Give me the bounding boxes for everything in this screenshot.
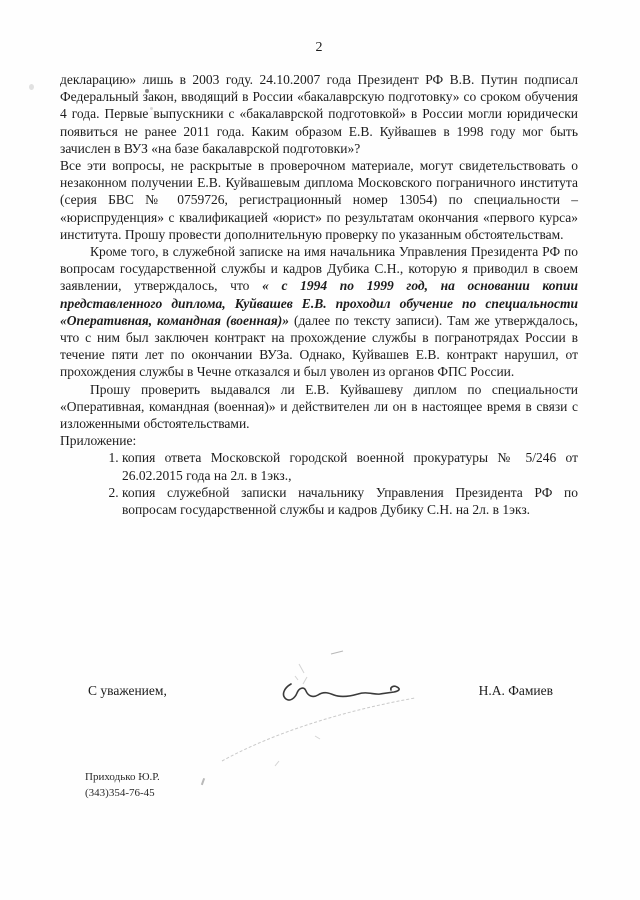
questions-paragraph: Все эти вопросы, не раскрытые в провероч… [60, 157, 578, 243]
scanned-letter-page: 2 декларацию» лишь в 2003 году. 24.10.20… [0, 0, 640, 900]
scan-artifact [201, 778, 205, 785]
page-number: 2 [60, 40, 578, 56]
attachment-item: копия служебной записки начальнику Управ… [122, 484, 578, 518]
request-paragraph: Прошу проверить выдавался ли Е.В. Куйваш… [60, 381, 578, 433]
handwritten-signature [215, 646, 425, 771]
executor-name: Приходько Ю.Р. [85, 770, 160, 786]
signatory-name: Н.А. Фамиев [479, 683, 553, 699]
attachment-item: копия ответа Московской городской военно… [122, 449, 578, 483]
letter-body: декларацию» лишь в 2003 году. 24.10.2007… [60, 71, 578, 518]
attachments-label: Приложение: [60, 432, 578, 449]
memo-paragraph: Кроме того, в служебной записке на имя н… [60, 243, 578, 381]
executor-phone: (343)354-76-45 [85, 786, 160, 802]
scan-artifact [29, 84, 34, 90]
executor-block: Приходько Ю.Р. (343)354-76-45 [85, 770, 160, 801]
closing-salutation: С уважением, [88, 683, 167, 699]
attachments-list: копия ответа Московской городской военно… [60, 449, 578, 518]
continuation-paragraph: декларацию» лишь в 2003 году. 24.10.2007… [60, 71, 578, 157]
